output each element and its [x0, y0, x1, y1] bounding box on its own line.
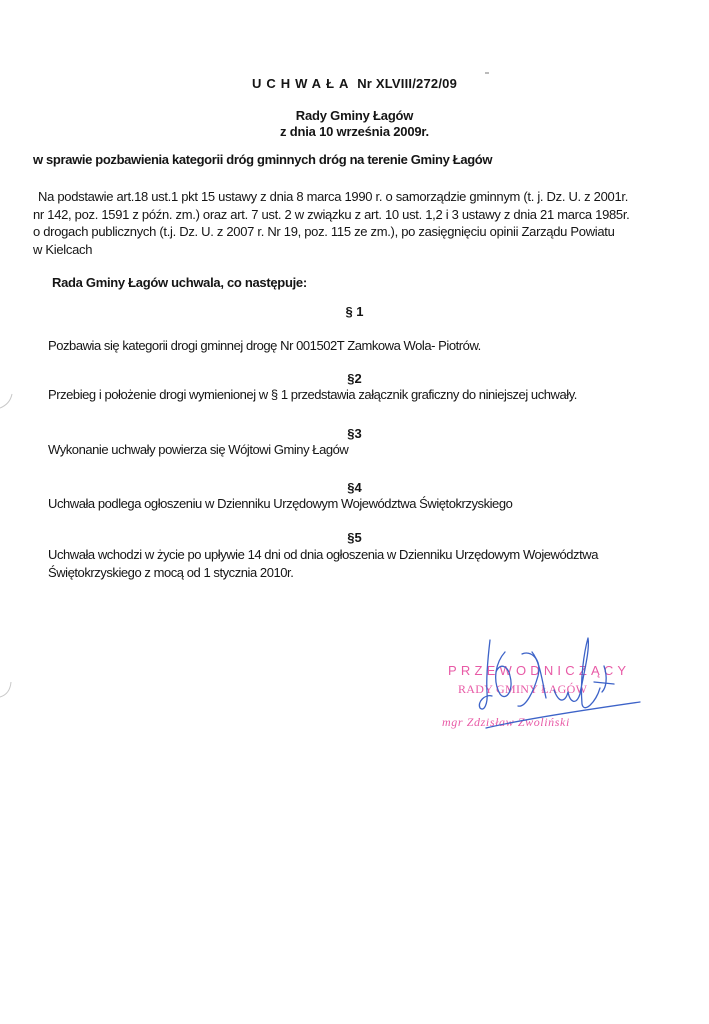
- handwritten-signature: [430, 632, 650, 762]
- legal-basis-line: Na podstawie art.18 ust.1 pkt 15 ustawy …: [33, 188, 665, 206]
- resolves-heading: Rada Gminy Łagów uchwala, co następuje:: [52, 275, 307, 290]
- legal-basis-line: nr 142, poz. 1591 z późn. zm.) oraz art.…: [33, 206, 665, 224]
- paragraph-2-sign: §2: [0, 371, 709, 386]
- paragraph-1-sign: § 1: [0, 304, 709, 319]
- legal-basis-line: w Kielcach: [33, 241, 665, 259]
- resolution-date: z dnia 10 września 2009r.: [0, 124, 709, 139]
- paragraph-1-text: Pozbawia się kategorii drogi gminnej dro…: [48, 337, 648, 355]
- issuer: Rady Gminy Łagów: [0, 108, 709, 123]
- paragraph-5-line: Świętokrzyskiego z mocą od 1 stycznia 20…: [48, 564, 648, 582]
- paragraph-5-sign: §5: [0, 530, 709, 545]
- resolution-title: UCHWAŁA Nr XLVIII/272/09: [0, 76, 709, 91]
- resolution-subject: w sprawie pozbawienia kategorii dróg gmi…: [33, 152, 492, 167]
- paragraph-3-sign: §3: [0, 426, 709, 441]
- chairman-stamp: PRZEWODNICZĄCY RADY GMINY ŁAGÓW mgr Zdzi…: [430, 632, 650, 762]
- legal-basis: Na podstawie art.18 ust.1 pkt 15 ustawy …: [33, 188, 665, 258]
- legal-basis-line: o drogach publicznych (t.j. Dz. U. z 200…: [33, 223, 665, 241]
- document-page: UCHWAŁA Nr XLVIII/272/09 Rady Gminy Łagó…: [0, 0, 709, 1024]
- paragraph-5-line: Uchwała wchodzi w życie po upływie 14 dn…: [48, 546, 648, 564]
- paragraph-5-text: Uchwała wchodzi w życie po upływie 14 dn…: [48, 546, 648, 581]
- paragraph-3-text: Wykonanie uchwały powierza się Wójtowi G…: [48, 441, 648, 459]
- paragraph-4-text: Uchwała podlega ogłoszeniu w Dzienniku U…: [48, 495, 648, 513]
- paragraph-2-text: Przebieg i położenie drogi wymienionej w…: [48, 386, 648, 404]
- paragraph-4-sign: §4: [0, 480, 709, 495]
- punch-hole-mark-lower: [0, 670, 14, 700]
- resolution-title-prefix: UCHWAŁA: [252, 76, 353, 91]
- resolution-number: Nr XLVIII/272/09: [357, 76, 457, 91]
